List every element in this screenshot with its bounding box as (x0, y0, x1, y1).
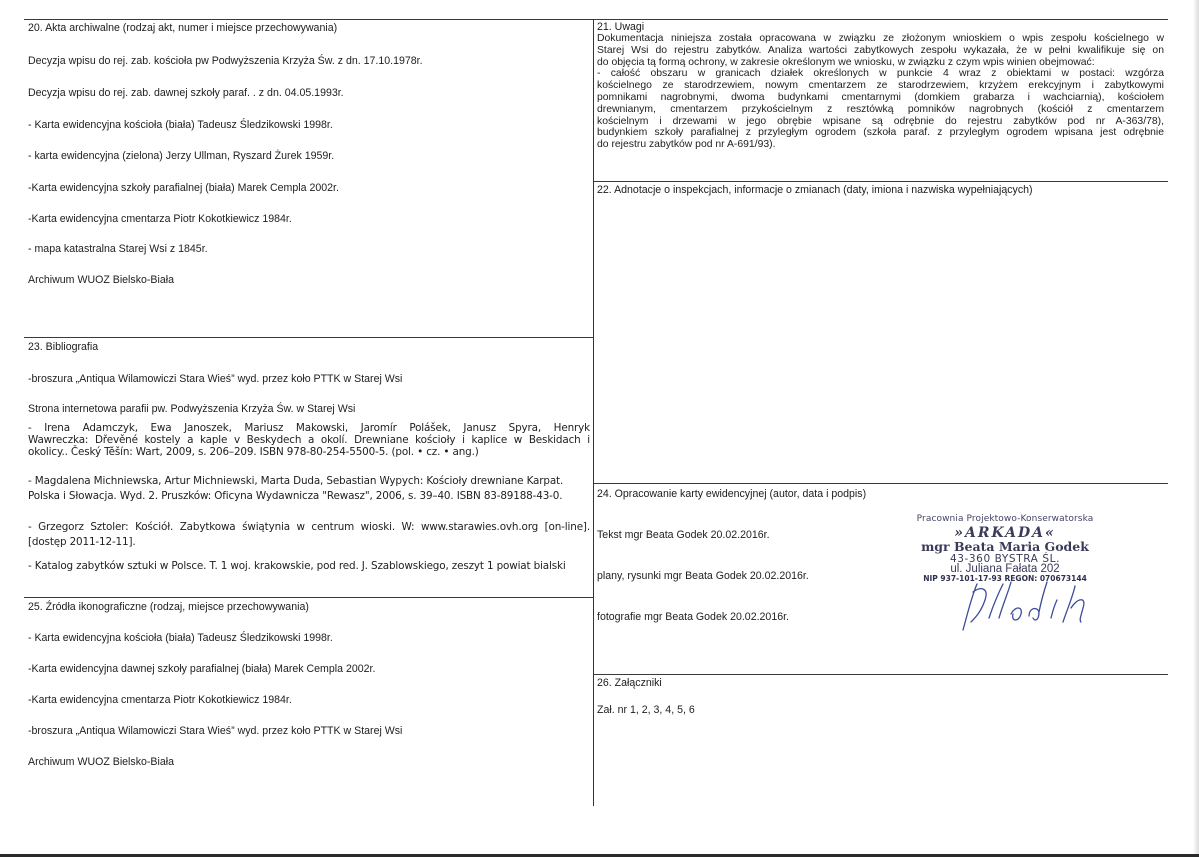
preparation-item: plany, rysunki mgr Beata Godek 20.02.201… (597, 570, 809, 582)
section-21-title: 21. Uwagi (597, 21, 644, 33)
archival-item: Decyzja wpisu do rej. zab. kościoła pw P… (28, 55, 423, 67)
section-23-title: 23. Bibliografia (28, 341, 98, 353)
section-24-title: 24. Opracowanie karty ewidencyjnej (auto… (597, 488, 866, 500)
bibliography-entry-line: - Grzegorz Sztoler: Kościół. Zabytkowa ś… (28, 520, 590, 535)
bibliography-entry: - Katalog zabytków sztuki w Polsce. T. 1… (28, 559, 590, 574)
remarks-line: Dokumentacja niniejsza została opracowan… (597, 33, 1164, 45)
remarks-line: do objęcia tą formą ochrony, w zakresie … (597, 57, 1164, 69)
rule-22-24 (594, 483, 1168, 484)
remarks-line: drewnianym, cmentarzem przykościelnym z … (597, 104, 1164, 116)
iconographic-item: -Karta ewidencyjna cmentarza Piotr Kokot… (28, 694, 292, 706)
bibliography-entry-line: - Magdalena Michniewska, Artur Michniews… (28, 474, 590, 489)
rule-24-26 (594, 674, 1168, 675)
bibliography-entry-line: - Katalog zabytków sztuki w Polsce. T. 1… (28, 559, 590, 574)
iconographic-item: -Karta ewidencyjna dawnej szkoły parafia… (28, 663, 375, 675)
column-divider (593, 19, 594, 806)
rule-20-23 (24, 337, 594, 338)
archival-item: Decyzja wpisu do rej. zab. dawnej szkoły… (28, 87, 344, 99)
rule-21-22 (594, 181, 1168, 182)
stamp-line: mgr Beata Maria Godek (885, 539, 1125, 554)
section-25-title: 25. Źródła ikonograficzne (rodzaj, miejs… (28, 601, 309, 613)
archival-item: - mapa katastralna Starej Wsi z 1845r. (28, 243, 208, 255)
archival-item: -Karta ewidencyjna szkoły parafialnej (b… (28, 182, 339, 194)
archival-item: - karta ewidencyjna (zielona) Jerzy Ullm… (28, 150, 334, 162)
remarks-line: do rejestru zabytków pod nr A-691/93). (597, 139, 1164, 151)
section-20-title: 20. Akta archiwalne (rodzaj akt, numer i… (28, 22, 337, 34)
scan-edge-right (1193, 0, 1199, 857)
iconographic-item: - Karta ewidencyjna kościoła (biała) Tad… (28, 632, 333, 644)
iconographic-item: Archiwum WUOZ Bielsko-Biała (28, 756, 174, 768)
remarks-line: pomnikami nagrobnymi, dwoma budynkami cm… (597, 92, 1164, 104)
bibliography-item: Strona internetowa parafii pw. Podwyższe… (28, 403, 355, 415)
rule-top-left (24, 19, 594, 20)
bibliography-entry-line: Wawreczka: Dřevěné kostely a kaple v Bes… (28, 435, 590, 447)
company-stamp: Pracownia Projektowo-Konserwatorska »ARK… (885, 514, 1125, 583)
archival-item: - Karta ewidencyjna kościoła (biała) Tad… (28, 119, 333, 131)
handwritten-signature-icon (955, 578, 1095, 636)
bibliography-entry-line: [dostęp 2011-12-11]. (28, 535, 590, 550)
preparation-item: Tekst mgr Beata Godek 20.02.2016r. (597, 529, 770, 541)
bibliography-entry: - Magdalena Michniewska, Artur Michniews… (28, 474, 590, 504)
bibliography-item: -broszura „Antiqua Wilamowiczi Stara Wie… (28, 373, 402, 385)
section-22-title: 22. Adnotacje o inspekcjach, informacje … (597, 184, 1033, 196)
bibliography-entry: - Irena Adamczyk, Ewa Janoszek, Mariusz … (28, 423, 590, 458)
iconographic-item: -broszura „Antiqua Wilamowiczi Stara Wie… (28, 725, 402, 737)
bibliography-entry-line: Polska i Słowacja. Wyd. 2. Pruszków: Ofi… (28, 489, 590, 504)
remarks-line: - całość obszaru w granicach działek okr… (597, 68, 1164, 80)
bibliography-entry-line: okolicy.. Český Těšín: Wart, 2009, s. 20… (28, 447, 590, 459)
archival-item: -Karta ewidencyjna cmentarza Piotr Kokot… (28, 213, 292, 225)
archival-item: Archiwum WUOZ Bielsko-Biała (28, 274, 174, 286)
remarks-line: kościelnym i drzewami w jego obrębie wpi… (597, 116, 1164, 128)
section-26-title: 26. Załączniki (597, 677, 662, 689)
remarks-line: Starej Wsi do rejestru zabytków. Analiza… (597, 45, 1164, 57)
remarks-line: budynkiem szkoły parafialnej z przyległy… (597, 127, 1164, 139)
rule-23-25 (24, 597, 594, 598)
preparation-item: fotografie mgr Beata Godek 20.02.2016r. (597, 611, 789, 623)
bibliography-entry: - Grzegorz Sztoler: Kościół. Zabytkowa ś… (28, 520, 590, 550)
stamp-line: Pracownia Projektowo-Konserwatorska (885, 514, 1125, 524)
rule-top-right (594, 19, 1168, 20)
remarks-line: kościelnego ze starodrzewiem, nowym cmen… (597, 80, 1164, 92)
attachment-item: Zał. nr 1, 2, 3, 4, 5, 6 (597, 704, 695, 716)
remarks-text: Dokumentacja niniejsza została opracowan… (597, 33, 1164, 151)
